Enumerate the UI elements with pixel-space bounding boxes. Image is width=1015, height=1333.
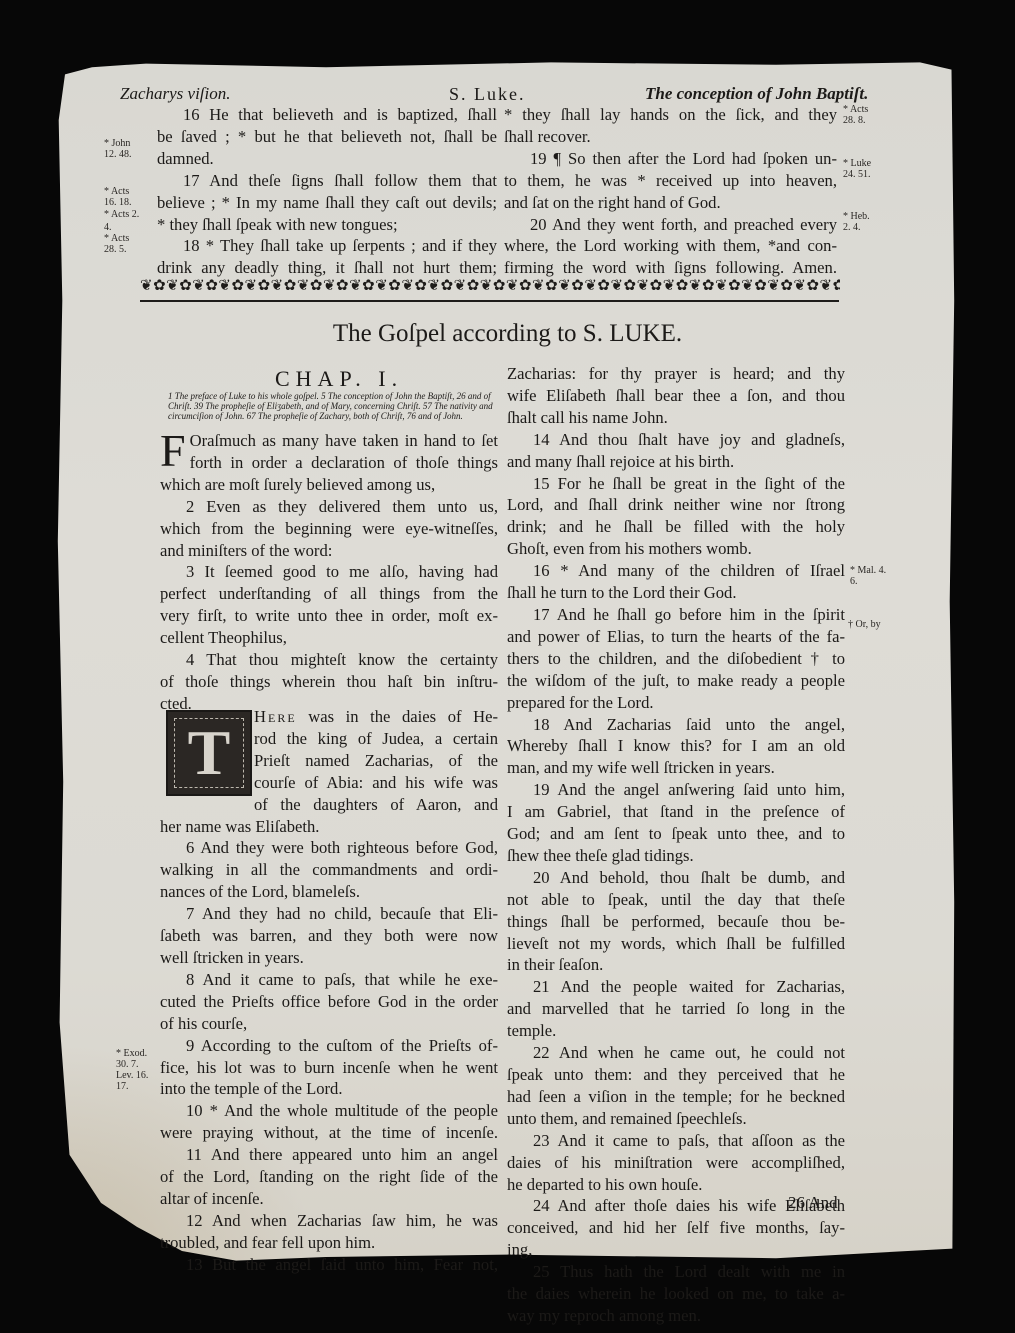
text-line: 11 And there appeared unto him an angel [160, 1144, 498, 1166]
text-line: very firſt, to write unto thee in order,… [160, 605, 498, 627]
text-line: * they ſhall ſpeak with new tongues; [157, 214, 497, 236]
text-line: of the Lord, ſtanding on the right ſide … [160, 1166, 498, 1188]
text-line: I am Gabriel, that ſtand in the preſence… [507, 801, 845, 823]
text-line: conceived, and hid her ſelf five months,… [507, 1217, 845, 1239]
text-line: Lord, and ſhall drink neither wine nor ſ… [507, 494, 845, 516]
text-line: of his courſe, [160, 1013, 498, 1035]
text-line: not able to ſpeak, until the day that th… [507, 889, 845, 911]
ornament-band: ❦✿❦✿❦✿❦✿❦✿❦✿❦✿❦✿❦✿❦✿❦✿❦✿❦✿❦✿❦✿❦✿❦✿❦✿❦✿❦✿… [140, 276, 840, 298]
text-line: ing, [507, 1239, 845, 1261]
text-line: courſe of Abia: and his wife was [160, 772, 498, 794]
text-line: 15 For he ſhall be great in the ſight of… [507, 473, 845, 495]
text-line: and miniſters of the word: [160, 540, 498, 562]
top-right-column: * they ſhall lay hands on the ſick, and … [504, 104, 837, 279]
text-line: rod the king of Judea, a certain [160, 728, 498, 750]
text-line: 6 And they were both righteous before Go… [160, 837, 498, 859]
text-fragment: was in the daies of He- [308, 707, 498, 726]
small-caps-here: Here [254, 707, 297, 726]
text-line: ſhall he turn to the Lord their God. [507, 582, 845, 604]
text-line: which are moſt ſurely believed among us, [160, 474, 498, 496]
text-line: 2 Even as they delivered them unto us, [160, 496, 498, 518]
margin-note: * Luke 24. 51. [843, 158, 871, 180]
text-line: 25 Thus hath the Lord dealt with me in [507, 1261, 845, 1283]
text-line: 9 According to the cuſtom of the Prieſts… [160, 1035, 498, 1057]
text-line: believe ; * In my name ſhall they caſt o… [157, 192, 497, 214]
text-line: 21 And the people waited for Zacharias, [507, 976, 845, 998]
text-line: Here was in the daies of He- [160, 706, 498, 728]
text-line: 16 * And many of the children of Iſrael [507, 560, 845, 582]
margin-note: * Acts 2. [104, 209, 139, 220]
text-line: wife Eliſabeth ſhall bear thee a ſon, an… [507, 385, 845, 407]
text-line: were praying without, at the time of inc… [160, 1122, 498, 1144]
text-line: well ſtricken in years. [160, 947, 498, 969]
text-line: prepared for the Lord. [507, 692, 845, 714]
text-line: the wiſdom of the juſt, to make ready a … [507, 670, 845, 692]
text-line: of the daughters of Aaron, and [160, 794, 498, 816]
text-line: had ſeen a viſion in the temple; for he … [507, 1086, 845, 1108]
drop-cap-f: F [160, 432, 186, 470]
text-line: 19 And the angel anſwering ſaid unto him… [507, 779, 845, 801]
text-line: way my reproch among men. [507, 1305, 845, 1327]
margin-note: * Exod. 30. 7. Lev. 16. 17. [116, 1048, 148, 1092]
text-line: thers to the children, and the diſobedie… [507, 648, 845, 670]
text-line: and marvelled that he tarried ſo long in… [507, 998, 845, 1020]
text-line: forth in order a declaration of thoſe th… [160, 452, 498, 474]
main-left-column-intro: F Oraſmuch as many have taken in hand to… [160, 430, 498, 715]
text-line: 17 And theſe ſigns ſhall follow them tha… [157, 170, 497, 192]
text-line: into the temple of the Lord. [160, 1078, 498, 1100]
text-line: where, the Lord working with them, *and … [504, 235, 837, 257]
text-line: 16 He that believeth and is baptized, ſh… [157, 104, 497, 126]
text-line: ſhew thee theſe glad tidings. [507, 845, 845, 867]
text-line: lieveſt not my words, which ſhall be ful… [507, 933, 845, 955]
text-line: cellent Theophilus, [160, 627, 498, 649]
text-line: Oraſmuch as many have taken in hand to ſ… [160, 430, 498, 452]
text-line: which from the beginning were eye-witneſ… [160, 518, 498, 540]
text-line: 20 And they went forth, and preached eve… [504, 214, 837, 236]
text-line: of thoſe things wherein thou haſt bin in… [160, 671, 498, 693]
text-line: in their ſeaſon. [507, 954, 845, 976]
text-line: damned. [157, 148, 497, 170]
margin-note: * Mal. 4. 6. [850, 565, 886, 587]
text-line: 19 ¶ So then after the Lord had ſpoken u… [504, 148, 837, 170]
margin-note: † Or, by [848, 619, 881, 630]
margin-note: * Heb. 2. 4. [843, 211, 870, 233]
text-line: her name was Eliſabeth. [160, 816, 498, 838]
text-line: and ſat on the right hand of God. [504, 192, 837, 214]
text-line: God; and am ſent to ſpeak unto thee, and… [507, 823, 845, 845]
text-line: temple. [507, 1020, 845, 1042]
text-line: 17 And he ſhall go before him in the ſpi… [507, 604, 845, 626]
running-head-left: Zacharys viſion. [120, 84, 231, 104]
text-line: cuted the Prieſts office before God in t… [160, 991, 498, 1013]
margin-note: * Acts 16. 18. [104, 186, 132, 208]
text-line: Prieſt named Zacharias, of the [160, 750, 498, 772]
text-line: Zacharias: for thy prayer is heard; and … [507, 363, 845, 385]
text-line: altar of incenſe. [160, 1188, 498, 1210]
text-line: 12 And when Zacharias ſaw him, he was [160, 1210, 498, 1232]
margin-note: * Acts 28. 8. [843, 104, 868, 126]
chapter-summary: 1 The preface of Luke to his whole goſpe… [168, 392, 498, 421]
text-line: 8 And it came to paſs, that while he exe… [160, 969, 498, 991]
text-line: Whereby ſhall I know this? for I am an o… [507, 735, 845, 757]
running-head-center: S. Luke. [449, 84, 526, 105]
text-line: 22 And when he came out, he could not [507, 1042, 845, 1064]
text-line: daies of his miniſtration were accompliſ… [507, 1152, 845, 1174]
text-line: ſhall recover. [504, 126, 837, 148]
text-line: troubled, and fear fell upon him. [160, 1232, 498, 1254]
text-line: 13 But the angel ſaid unto him, Fear not… [160, 1254, 498, 1276]
text-line: 7 And they had no child, becauſe that El… [160, 903, 498, 925]
text-line: 10 * And the whole multitude of the peop… [160, 1100, 498, 1122]
text-line: * they ſhall lay hands on the ſick, and … [504, 104, 837, 126]
text-line: ſpeak unto them: and they perceived that… [507, 1064, 845, 1086]
text-line: 3 It ſeemed good to me alſo, having had [160, 561, 498, 583]
book-title: The Goſpel according to S. LUKE. [0, 320, 1015, 348]
text-line: to them, he was * received up into heave… [504, 170, 837, 192]
catchword: 26 And [788, 1193, 838, 1213]
margin-note: 4. * Acts 28. 5. [104, 222, 129, 255]
text-line: 18 * They ſhall take up ſerpents ; and i… [157, 235, 497, 257]
text-line: ſabeth was barren, and they both were no… [160, 925, 498, 947]
text-line: 14 And thou ſhalt have joy and gladneſs, [507, 429, 845, 451]
text-line: things ſhall be performed, becauſe thou … [507, 911, 845, 933]
text-line: and many ſhall rejoice at his birth. [507, 451, 845, 473]
text-line: unto them, and remained ſpeechleſs. [507, 1108, 845, 1130]
chapter-heading: CHAP. I. [275, 366, 403, 392]
margin-note: * John 12. 48. [104, 138, 132, 160]
text-line: the daies wherein he looked on me, to ta… [507, 1283, 845, 1305]
text-line: perfect underſtanding of all things from… [160, 583, 498, 605]
text-line: 20 And behold, thou ſhalt be dumb, and [507, 867, 845, 889]
text-line: fice, his lot was to burn incenſe when h… [160, 1057, 498, 1079]
text-line: 23 And it came to paſs, that aſſoon as t… [507, 1130, 845, 1152]
text-line: drink; and he ſhall be filled with the h… [507, 516, 845, 538]
top-left-column: 16 He that believeth and is baptized, ſh… [157, 104, 497, 279]
text-line: 18 And Zacharias ſaid unto the angel, [507, 714, 845, 736]
text-line: man, and my wife well ſtricken in years. [507, 757, 845, 779]
horizontal-rule [140, 300, 839, 302]
text-line: nances of the Lord, blameleſs. [160, 881, 498, 903]
text-line: be ſaved ; * but he that believeth not, … [157, 126, 497, 148]
main-right-column: Zacharias: for thy prayer is heard; and … [507, 363, 845, 1327]
text-line: 4 That thou mighteſt know the certainty [160, 649, 498, 671]
main-left-column-narrative: Here was in the daies of He- rod the kin… [160, 706, 498, 1276]
text-line: ſhalt call his name John. [507, 407, 845, 429]
running-head-right: The conception of John Baptiſt. [645, 84, 868, 104]
text-line: and power of Elias, to turn the hearts o… [507, 626, 845, 648]
text-line: walking in all the commandments and ordi… [160, 859, 498, 881]
text-line: Ghoſt, even from his mothers womb. [507, 538, 845, 560]
